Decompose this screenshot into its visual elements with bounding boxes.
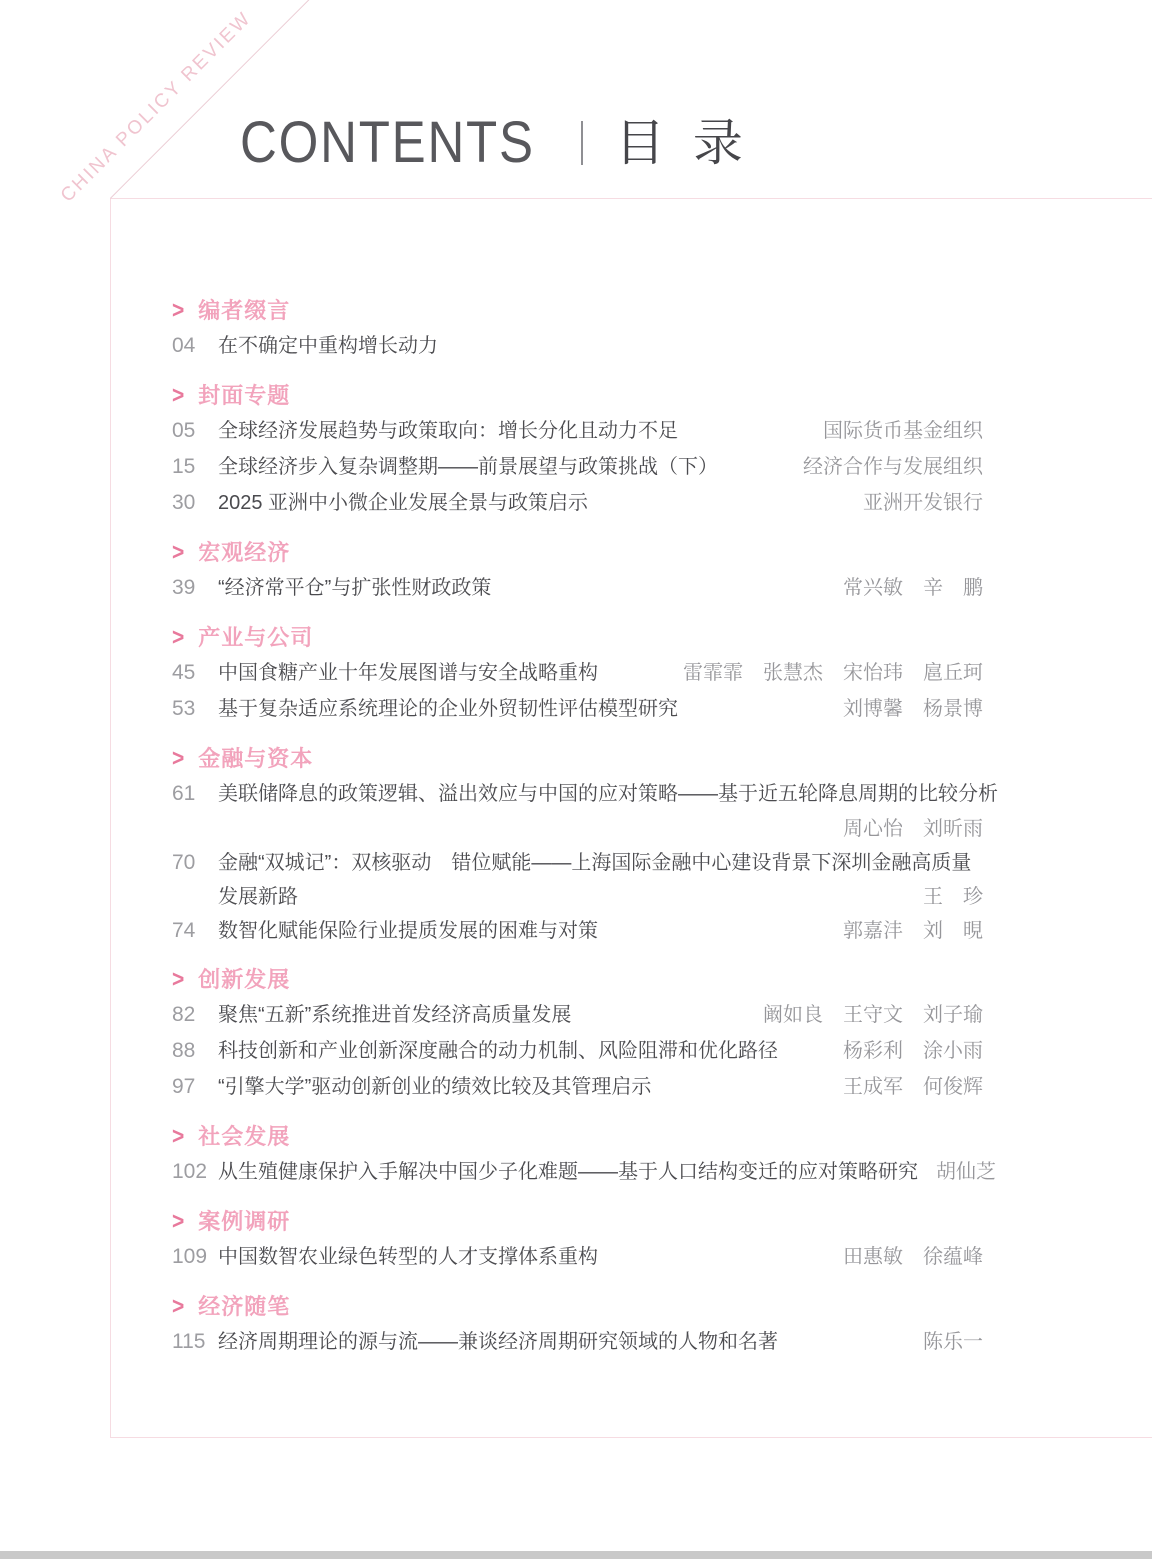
- entry-authors: 周心怡 刘昕雨: [825, 812, 983, 846]
- entry-authors: 王成军 何俊辉: [825, 1070, 983, 1105]
- toc-entry: 70 金融“双城记”：双核驱动 错位赋能——上海国际金融中心建设背景下深圳金融高…: [172, 846, 983, 880]
- chevron-right-icon: >: [172, 532, 184, 572]
- section-title: 创新发展: [198, 962, 290, 997]
- section-header-editors-note: > 编者缀言: [172, 293, 983, 328]
- entry-authors: 杨彩利 涂小雨: [825, 1034, 983, 1069]
- table-of-contents: > 编者缀言 04 在不确定中重构增长动力 > 封面专题 05 全球经济发展趋势…: [172, 293, 983, 1360]
- entry-title-continuation: 发展新路: [218, 880, 298, 914]
- entry-authors: 陈乐一: [905, 1325, 983, 1360]
- entry-title: 从生殖健康保护入手解决中国少子化难题——基于人口结构变迁的应对策略研究: [218, 1155, 918, 1190]
- entry-title: 聚焦“五新”系统推进首发经济高质量发展: [218, 998, 571, 1033]
- journal-watermark: CHINA POLICY REVIEW: [57, 15, 249, 207]
- toc-entry: 109 中国数智农业绿色转型的人才支撑体系重构 田惠敏 徐蕴峰: [172, 1239, 983, 1275]
- entry-title: “引擎大学”驱动创新创业的绩效比较及其管理启示: [218, 1070, 651, 1105]
- entry-title: 中国数智农业绿色转型的人才支撑体系重构: [218, 1240, 598, 1275]
- entry-title: 经济周期理论的源与流——兼谈经济周期研究领域的人物和名著: [218, 1325, 778, 1360]
- section-title: 社会发展: [198, 1119, 290, 1154]
- page-header: CONTENTS 目 录: [240, 112, 743, 174]
- section-header-innovation: > 创新发展: [172, 962, 983, 997]
- page-title-english: CONTENTS: [240, 114, 535, 172]
- toc-entry: 53 基于复杂适应系统理论的企业外贸韧性评估模型研究 刘博馨 杨景博: [172, 691, 983, 727]
- chevron-right-icon: >: [172, 738, 184, 778]
- entry-authors: 常兴敏 辛 鹏: [825, 571, 983, 606]
- page-number: 61: [172, 776, 218, 811]
- chevron-right-icon: >: [172, 617, 184, 657]
- page-number: 45: [172, 655, 218, 690]
- entry-title: 基于复杂适应系统理论的企业外贸韧性评估模型研究: [218, 692, 678, 727]
- toc-entry: 97 “引擎大学”驱动创新创业的绩效比较及其管理启示 王成军 何俊辉: [172, 1069, 983, 1105]
- chevron-right-icon: >: [172, 375, 184, 415]
- toc-entry: 45 中国食糖产业十年发展图谱与安全战略重构 雷霏霏 张慧杰 宋怡玮 扈丘珂: [172, 655, 983, 691]
- page-number: 82: [172, 997, 218, 1032]
- entry-authors: 亚洲开发银行: [845, 486, 983, 521]
- section-header-case-study: > 案例调研: [172, 1204, 983, 1239]
- entry-title: 2025 亚洲中小微企业发展全景与政策启示: [218, 486, 588, 521]
- section-header-social-development: > 社会发展: [172, 1119, 983, 1154]
- section-title: 宏观经济: [198, 535, 290, 570]
- toc-entry: 82 聚焦“五新”系统推进首发经济高质量发展 阚如良 王守文 刘子瑜: [172, 997, 983, 1033]
- section-header-industry-company: > 产业与公司: [172, 620, 983, 655]
- entry-title: 科技创新和产业创新深度融合的动力机制、风险阻滞和优化路径: [218, 1034, 778, 1069]
- toc-entry: 15 全球经济步入复杂调整期——前景展望与政策挑战（下） 经济合作与发展组织: [172, 449, 983, 485]
- entry-title: 在不确定中重构增长动力: [218, 329, 438, 364]
- toc-entry: 61 美联储降息的政策逻辑、溢出效应与中国的应对策略——基于近五轮降息周期的比较…: [172, 776, 983, 812]
- toc-entry-authors-line: 周心怡 刘昕雨: [172, 812, 983, 846]
- page-number: 53: [172, 691, 218, 726]
- section-header-macro-economy: > 宏观经济: [172, 535, 983, 570]
- entry-authors: 王 珍: [905, 880, 983, 914]
- toc-entry: 05 全球经济发展趋势与政策取向：增长分化且动力不足 国际货币基金组织: [172, 413, 983, 449]
- page-title-chinese: 目 录: [615, 118, 743, 168]
- toc-entry: 88 科技创新和产业创新深度融合的动力机制、风险阻滞和优化路径 杨彩利 涂小雨: [172, 1033, 983, 1069]
- toc-entry: 102 从生殖健康保护入手解决中国少子化难题——基于人口结构变迁的应对策略研究 …: [172, 1154, 983, 1190]
- page-number: 70: [172, 846, 218, 880]
- title-divider-bar: [581, 121, 583, 165]
- entry-title: 全球经济步入复杂调整期——前景展望与政策挑战（下）: [218, 450, 718, 485]
- chevron-right-icon: >: [172, 1116, 184, 1156]
- page-number: 74: [172, 914, 218, 948]
- section-header-cover-topic: > 封面专题: [172, 378, 983, 413]
- entry-title: 全球经济发展趋势与政策取向：增长分化且动力不足: [218, 414, 678, 449]
- page-number: 88: [172, 1033, 218, 1068]
- toc-entry: 30 2025 亚洲中小微企业发展全景与政策启示 亚洲开发银行: [172, 485, 983, 521]
- section-title: 产业与公司: [198, 620, 313, 655]
- page-number: 109: [172, 1239, 218, 1274]
- entry-authors: 田惠敏 徐蕴峰: [825, 1240, 983, 1275]
- toc-entry: 74 数智化赋能保险行业提质发展的困难与对策 郭嘉沣 刘 晛: [172, 914, 983, 948]
- page-number: 115: [172, 1324, 218, 1359]
- section-header-finance-capital: > 金融与资本: [172, 741, 983, 776]
- toc-entry: 115 经济周期理论的源与流——兼谈经济周期研究领域的人物和名著 陈乐一: [172, 1324, 983, 1360]
- toc-entry: 04 在不确定中重构增长动力: [172, 328, 983, 364]
- page-number: 30: [172, 485, 218, 520]
- section-header-economic-essay: > 经济随笔: [172, 1289, 983, 1324]
- entry-authors: 雷霏霏 张慧杰 宋怡玮 扈丘珂: [665, 656, 983, 691]
- toc-entry: 39 “经济常平仓”与扩张性财政政策 常兴敏 辛 鹏: [172, 570, 983, 606]
- page-number: 97: [172, 1069, 218, 1104]
- scan-edge-bar: [0, 1551, 1152, 1559]
- entry-authors: 刘博馨 杨景博: [825, 692, 983, 727]
- section-title: 案例调研: [198, 1204, 290, 1239]
- chevron-right-icon: >: [172, 1286, 184, 1326]
- page-number: 04: [172, 328, 218, 363]
- entry-authors: 郭嘉沣 刘 晛: [825, 914, 983, 948]
- entry-authors: 经济合作与发展组织: [785, 450, 983, 485]
- chevron-right-icon: >: [172, 959, 184, 999]
- section-title: 经济随笔: [198, 1289, 290, 1324]
- entry-title: 美联储降息的政策逻辑、溢出效应与中国的应对策略——基于近五轮降息周期的比较分析: [218, 777, 998, 812]
- page-number: 102: [172, 1154, 218, 1189]
- chevron-right-icon: >: [172, 1201, 184, 1241]
- entry-authors: 国际货币基金组织: [805, 414, 983, 449]
- page-number: 15: [172, 449, 218, 484]
- entry-title: 数智化赋能保险行业提质发展的困难与对策: [218, 914, 598, 948]
- page-number: 39: [172, 570, 218, 605]
- section-title: 封面专题: [198, 378, 290, 413]
- chevron-right-icon: >: [172, 290, 184, 330]
- page-number: 05: [172, 413, 218, 448]
- toc-entry-continuation: 发展新路 王 珍: [172, 880, 983, 914]
- entry-title: 中国食糖产业十年发展图谱与安全战略重构: [218, 656, 598, 691]
- section-title: 金融与资本: [198, 741, 313, 776]
- section-title: 编者缀言: [198, 293, 290, 328]
- entry-title: 金融“双城记”：双核驱动 错位赋能——上海国际金融中心建设背景下深圳金融高质量: [218, 846, 971, 880]
- entry-title: “经济常平仓”与扩张性财政政策: [218, 571, 491, 606]
- magazine-toc-page: CHINA POLICY REVIEW CONTENTS 目 录 > 编者缀言 …: [0, 0, 1152, 1559]
- entry-authors: 阚如良 王守文 刘子瑜: [745, 998, 983, 1033]
- entry-authors: 胡仙芝: [918, 1155, 996, 1190]
